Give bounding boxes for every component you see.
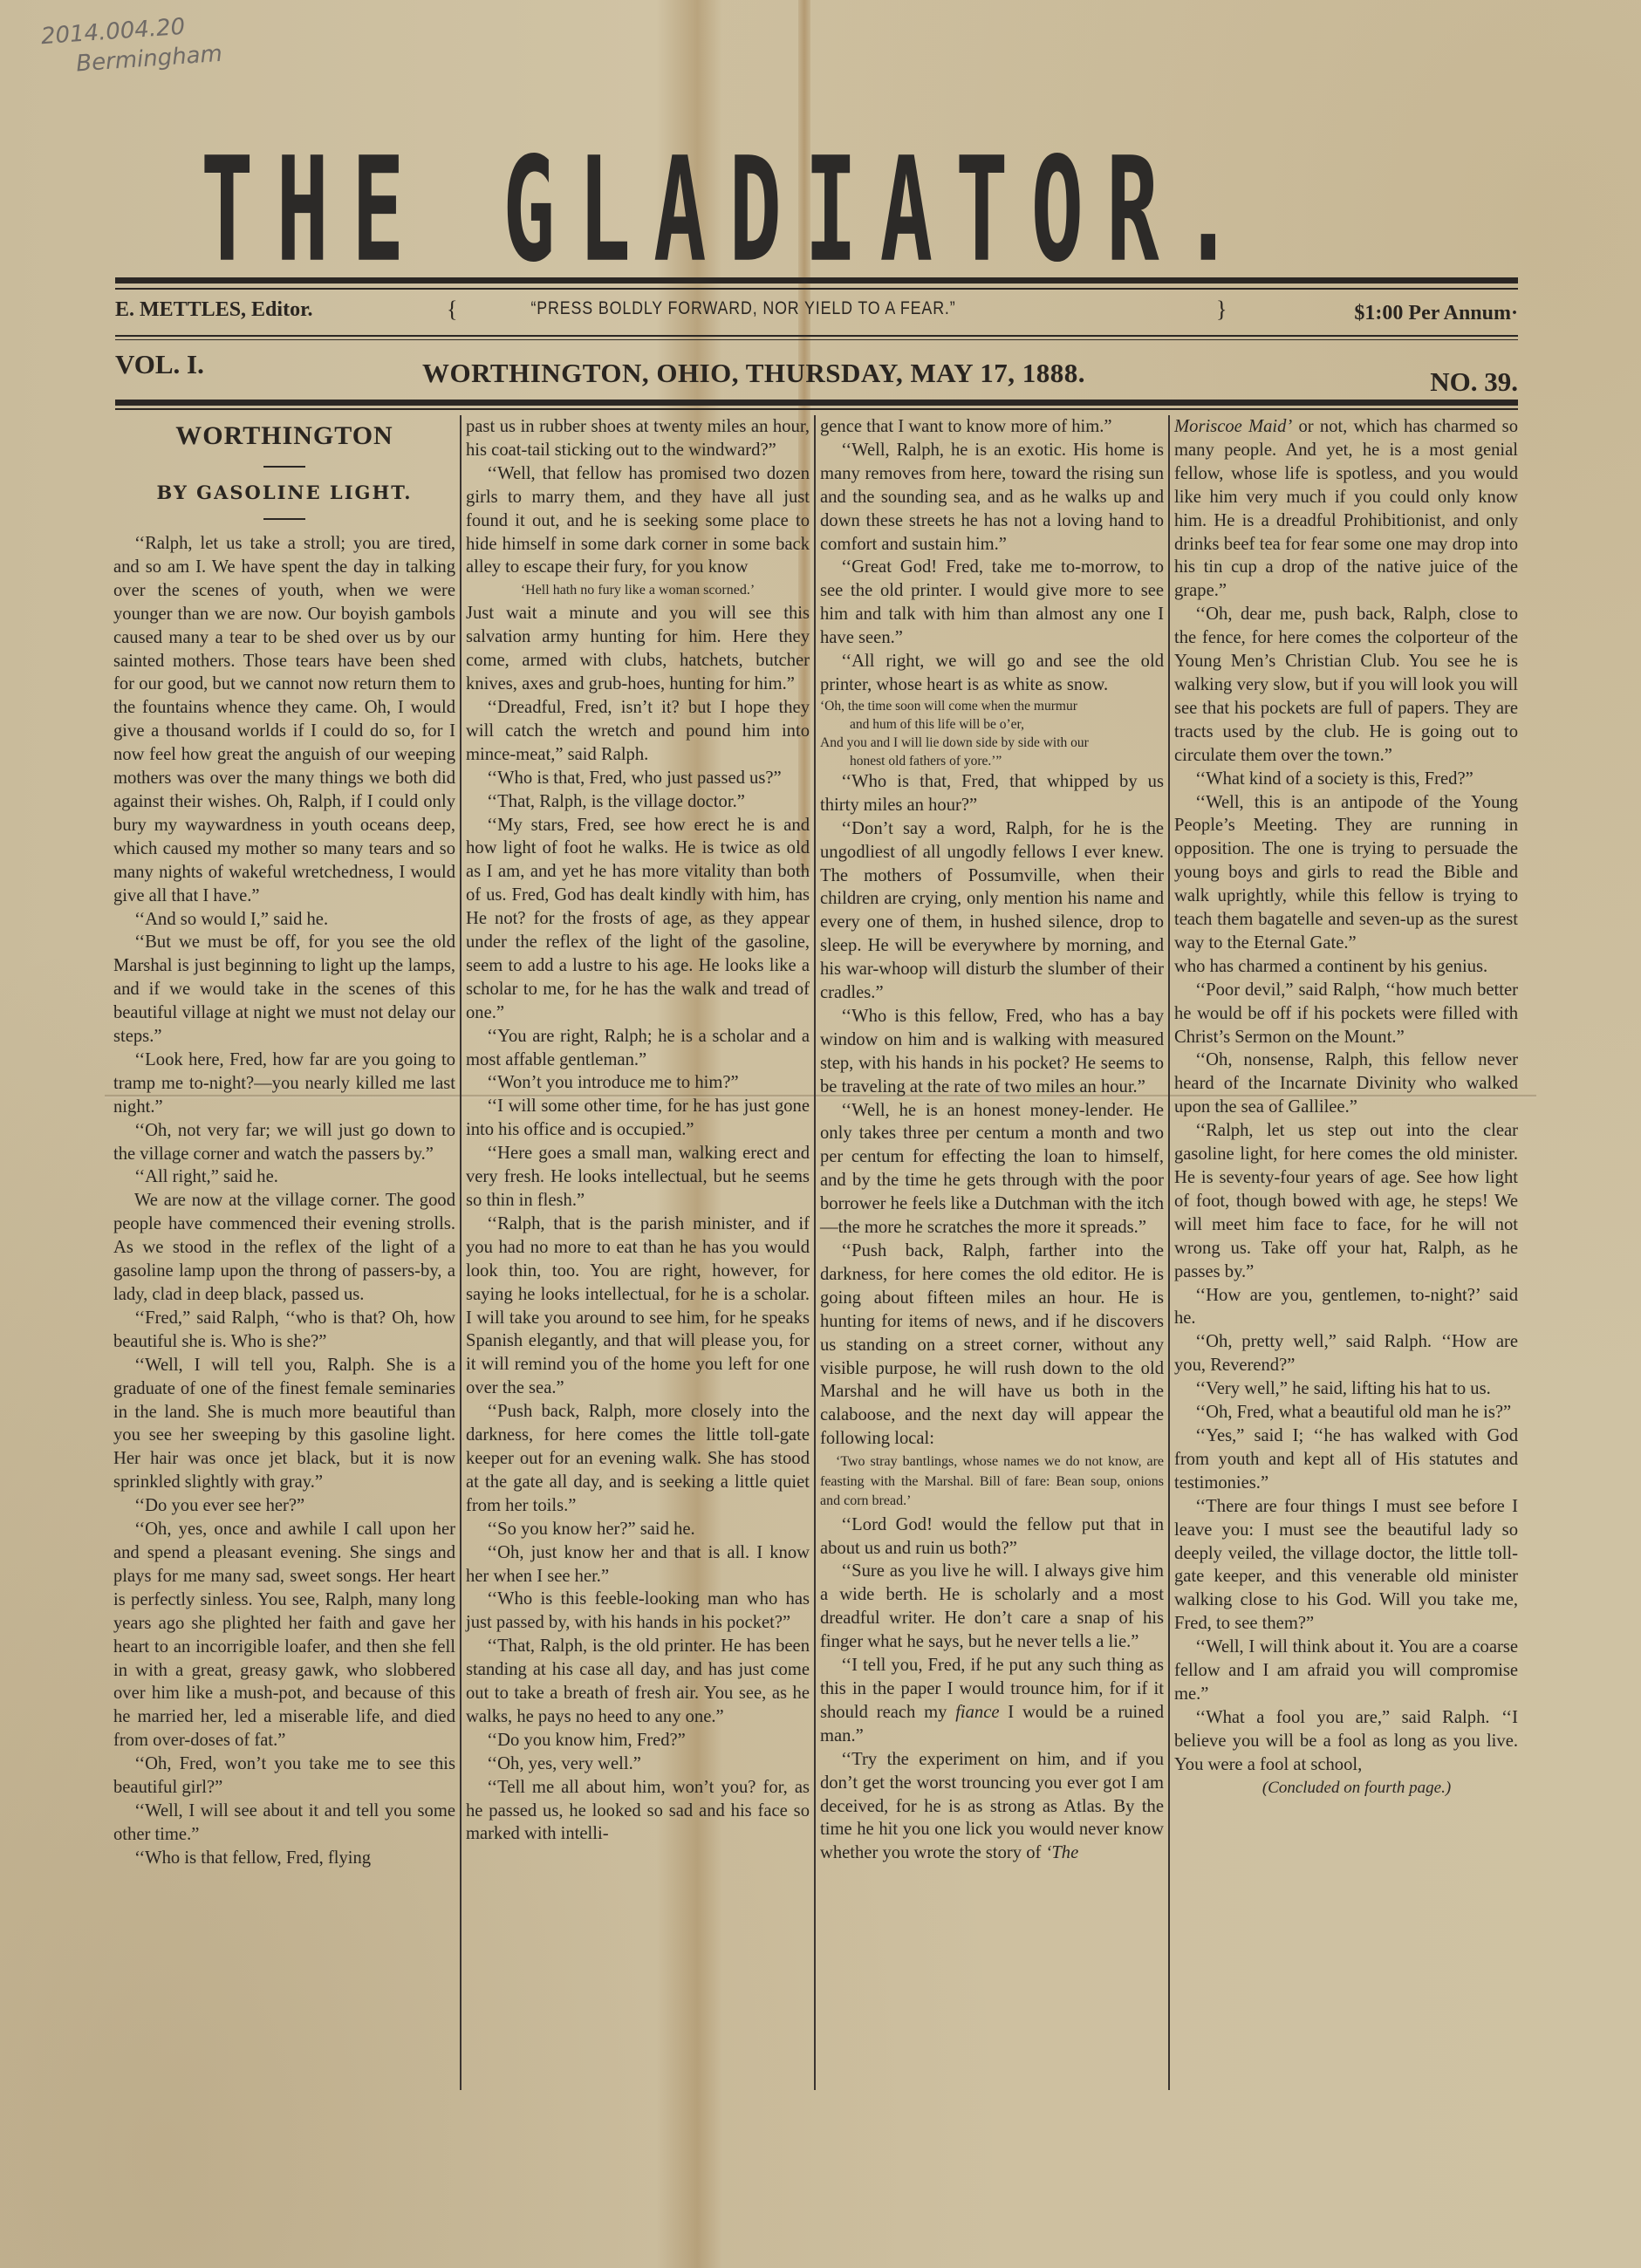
paragraph: ‘‘Well, I will see about it and tell you… (113, 1800, 455, 1847)
paragraph: ‘‘Oh, Fred, what a beautiful old man he … (1174, 1401, 1518, 1424)
paragraph: ‘‘Who is this fellow, Fred, who has a ba… (820, 1005, 1164, 1099)
headline-divider (263, 466, 305, 468)
newspaper-local-item: ‘Two stray bantlings, whose names we do … (820, 1452, 1164, 1512)
paragraph: ‘‘But we must be off, for you see the ol… (113, 931, 455, 1049)
paragraph: ‘‘Push back, Ralph, farther into the dar… (820, 1240, 1164, 1451)
paragraph: ‘‘Oh, just know her and that is all. I k… (466, 1541, 810, 1588)
paragraph: ‘‘Ralph, let us take a stroll; you are t… (113, 532, 455, 908)
paragraph: ‘‘Lord God! would the fellow put that in… (820, 1513, 1164, 1561)
paragraph: ‘‘So you know her?” said he. (466, 1518, 810, 1541)
paragraph: ‘‘Don’t say a word, Ralph, for he is the… (820, 817, 1164, 1005)
masthead-infoline: E. METTLES, Editor. { “PRESS BOLDLY FORW… (115, 295, 1518, 330)
editor-name: E. METTLES, Editor. (115, 298, 313, 322)
paragraph: ‘‘Well, I will think about it. You are a… (1174, 1636, 1518, 1706)
paragraph: ‘‘How are you, gentlemen, to-night?’ sai… (1174, 1284, 1518, 1331)
motto: “PRESS BOLDLY FORWARD, NOR YIELD TO A FE… (462, 298, 1025, 319)
text-span: ‘‘Try the experiment on him, and if you … (820, 1750, 1164, 1863)
place-and-date: WORTHINGTON, OHIO, THURSDAY, MAY 17, 188… (422, 358, 1085, 389)
paragraph: ‘‘Look here, Fred, how far are you going… (113, 1049, 455, 1119)
paragraph: ‘‘Push back, Ralph, more closely into th… (466, 1400, 810, 1518)
infoline-rule-2 (115, 339, 1518, 340)
brace-right-icon: } (1216, 297, 1227, 323)
paragraph: ‘‘Great God! Fred, take me to-morrow, to… (820, 556, 1164, 650)
article-headline: WORTHINGTON (113, 419, 455, 454)
paragraph: ‘‘What a fool you are,” said Ralph. ‘‘I … (1174, 1706, 1518, 1777)
paragraph: ‘‘Tell me all about him, won’t you? for,… (466, 1776, 810, 1847)
masthead-rule-top-thin (115, 288, 1518, 290)
paragraph: ‘‘Oh, nonsense, Ralph, this fellow never… (1174, 1049, 1518, 1119)
masthead-rule-top (115, 277, 1518, 283)
infoline-rule (115, 335, 1518, 337)
paragraph: ‘‘I tell you, Fred, if he put any such t… (820, 1654, 1164, 1748)
paragraph: ‘‘Well, I will tell you, Ralph. She is a… (113, 1354, 455, 1494)
paragraph: ‘‘Who is that, Fred, that whipped by us … (820, 770, 1164, 817)
paragraph: ‘‘Who is that fellow, Fred, flying (113, 1847, 455, 1870)
paragraph: ‘‘Sure as you live he will. I always giv… (820, 1560, 1164, 1654)
paragraph: ‘‘Dreadful, Fred, isn’t it? but I hope t… (466, 696, 810, 767)
paragraph: ‘‘Oh, dear me, push back, Ralph, close t… (1174, 603, 1518, 767)
brace-left-icon: { (447, 297, 457, 323)
paragraph: ‘‘All right, we will go and see the old … (820, 650, 1164, 697)
paragraph: Moriscoe Maid’ or not, which has charmed… (1174, 415, 1518, 603)
italic-title: ‘The (1046, 1843, 1079, 1862)
paragraph: ‘‘Fred,” said Ralph, ‘‘who is that? Oh, … (113, 1307, 455, 1354)
paragraph: ‘‘What kind of a society is this, Fred?” (1174, 768, 1518, 791)
paragraph: ‘‘Do you ever see her?” (113, 1494, 455, 1518)
paragraph: ‘‘Well, Ralph, he is an exotic. His home… (820, 439, 1164, 557)
paragraph: ‘‘That, Ralph, is the old printer. He ha… (466, 1635, 810, 1729)
paragraph: ‘‘My stars, Fred, see how erect he is an… (466, 814, 810, 1025)
paragraph: ‘‘Who is that, Fred, who just passed us?… (466, 767, 810, 790)
paragraph: ‘‘Here goes a small man, walking erect a… (466, 1142, 810, 1213)
column-4: Moriscoe Maid’ or not, which has charmed… (1174, 415, 1518, 2125)
paragraph: ‘‘All right,” said he. (113, 1165, 455, 1189)
paragraph: who has charmed a continent by his geniu… (1174, 955, 1518, 979)
paragraph: ‘‘Oh, pretty well,” said Ralph. ‘‘How ar… (1174, 1330, 1518, 1377)
poem-line: and hum of this life will be o’er, (820, 715, 1164, 734)
volume-number: VOL. I. (115, 349, 204, 380)
paragraph: past us in rubber shoes at twenty miles … (466, 415, 810, 462)
dateline-rule-thin (115, 408, 1518, 410)
paragraph: ‘‘Do you know him, Fred?” (466, 1729, 810, 1752)
dateline: VOL. I. WORTHINGTON, OHIO, THURSDAY, MAY… (115, 347, 1518, 391)
italic-title: Moriscoe Maid’ (1174, 417, 1292, 436)
subscription-price: $1:00 Per Annum· (1354, 302, 1518, 325)
article-columns: WORTHINGTON BY GASOLINE LIGHT. ‘‘Ralph, … (113, 415, 1520, 2125)
paragraph: ‘‘Well, he is an honest money-lender. He… (820, 1099, 1164, 1240)
paragraph: ‘‘Won’t you introduce me to him?” (466, 1071, 810, 1095)
paragraph: ‘‘That, Ralph, is the village doctor.” (466, 790, 810, 814)
continued-note: (Concluded on fourth page.) (1174, 1777, 1518, 1800)
paragraph: gence that I want to know more of him.” (820, 415, 1164, 439)
column-3: gence that I want to know more of him.” … (820, 415, 1164, 2125)
paragraph: ‘‘Poor devil,” said Ralph, ‘‘how much be… (1174, 979, 1518, 1049)
paragraph: ‘‘And so would I,” said he. (113, 908, 455, 932)
dateline-rule (115, 400, 1518, 406)
article-subheadline: BY GASOLINE LIGHT. (113, 480, 455, 506)
poem-line: And you and I will lie down side by side… (820, 734, 1164, 752)
paragraph: ‘‘Well, this is an antipode of the Young… (1174, 791, 1518, 955)
paragraph: ‘‘Very well,” he said, lifting his hat t… (1174, 1377, 1518, 1401)
paragraph: ‘‘Oh, yes, once and awhile I call upon h… (113, 1518, 455, 1752)
catalog-pencil-mark: 2014.004.20 Bermingham (40, 10, 223, 81)
paragraph: ‘‘I will some other time, for he has jus… (466, 1095, 810, 1142)
paragraph: ‘‘Try the experiment on him, and if you … (820, 1748, 1164, 1866)
paragraph: ‘‘Well, that fellow has promised two doz… (466, 462, 810, 580)
poem-line: honest old fathers of yore.’” (820, 752, 1164, 770)
paragraph: ‘‘There are four things I must see befor… (1174, 1495, 1518, 1636)
italic-word: fiance (955, 1703, 999, 1722)
paragraph: ‘‘Oh, Fred, won’t you take me to see thi… (113, 1752, 455, 1800)
subheadline-divider (263, 518, 305, 520)
paragraph: ‘‘You are right, Ralph; he is a scholar … (466, 1025, 810, 1072)
column-2: past us in rubber shoes at twenty miles … (466, 415, 810, 2125)
column-1: WORTHINGTON BY GASOLINE LIGHT. ‘‘Ralph, … (113, 415, 455, 2125)
paragraph: We are now at the village corner. The go… (113, 1189, 455, 1307)
newspaper-title: THE GLADIATOR. (201, 140, 968, 282)
paragraph: Just wait a minute and you will see this… (466, 602, 810, 696)
paragraph: ‘‘Ralph, that is the parish minister, an… (466, 1213, 810, 1400)
quoted-line: ‘Hell hath no fury like a woman scorned.… (466, 581, 810, 600)
text-span: or not, which has charmed so many people… (1174, 417, 1518, 600)
paragraph: ‘‘Ralph, let us step out into the clear … (1174, 1119, 1518, 1283)
issue-number: NO. 39. (1430, 366, 1518, 398)
poem-line: ‘Oh, the time soon will come when the mu… (820, 697, 1164, 715)
paragraph: ‘‘Yes,” said I; ‘‘he has walked with God… (1174, 1424, 1518, 1495)
paragraph: ‘‘Who is this feeble-looking man who has… (466, 1588, 810, 1635)
paragraph: ‘‘Oh, yes, very well.” (466, 1752, 810, 1776)
paragraph: ‘‘Oh, not very far; we will just go down… (113, 1119, 455, 1166)
